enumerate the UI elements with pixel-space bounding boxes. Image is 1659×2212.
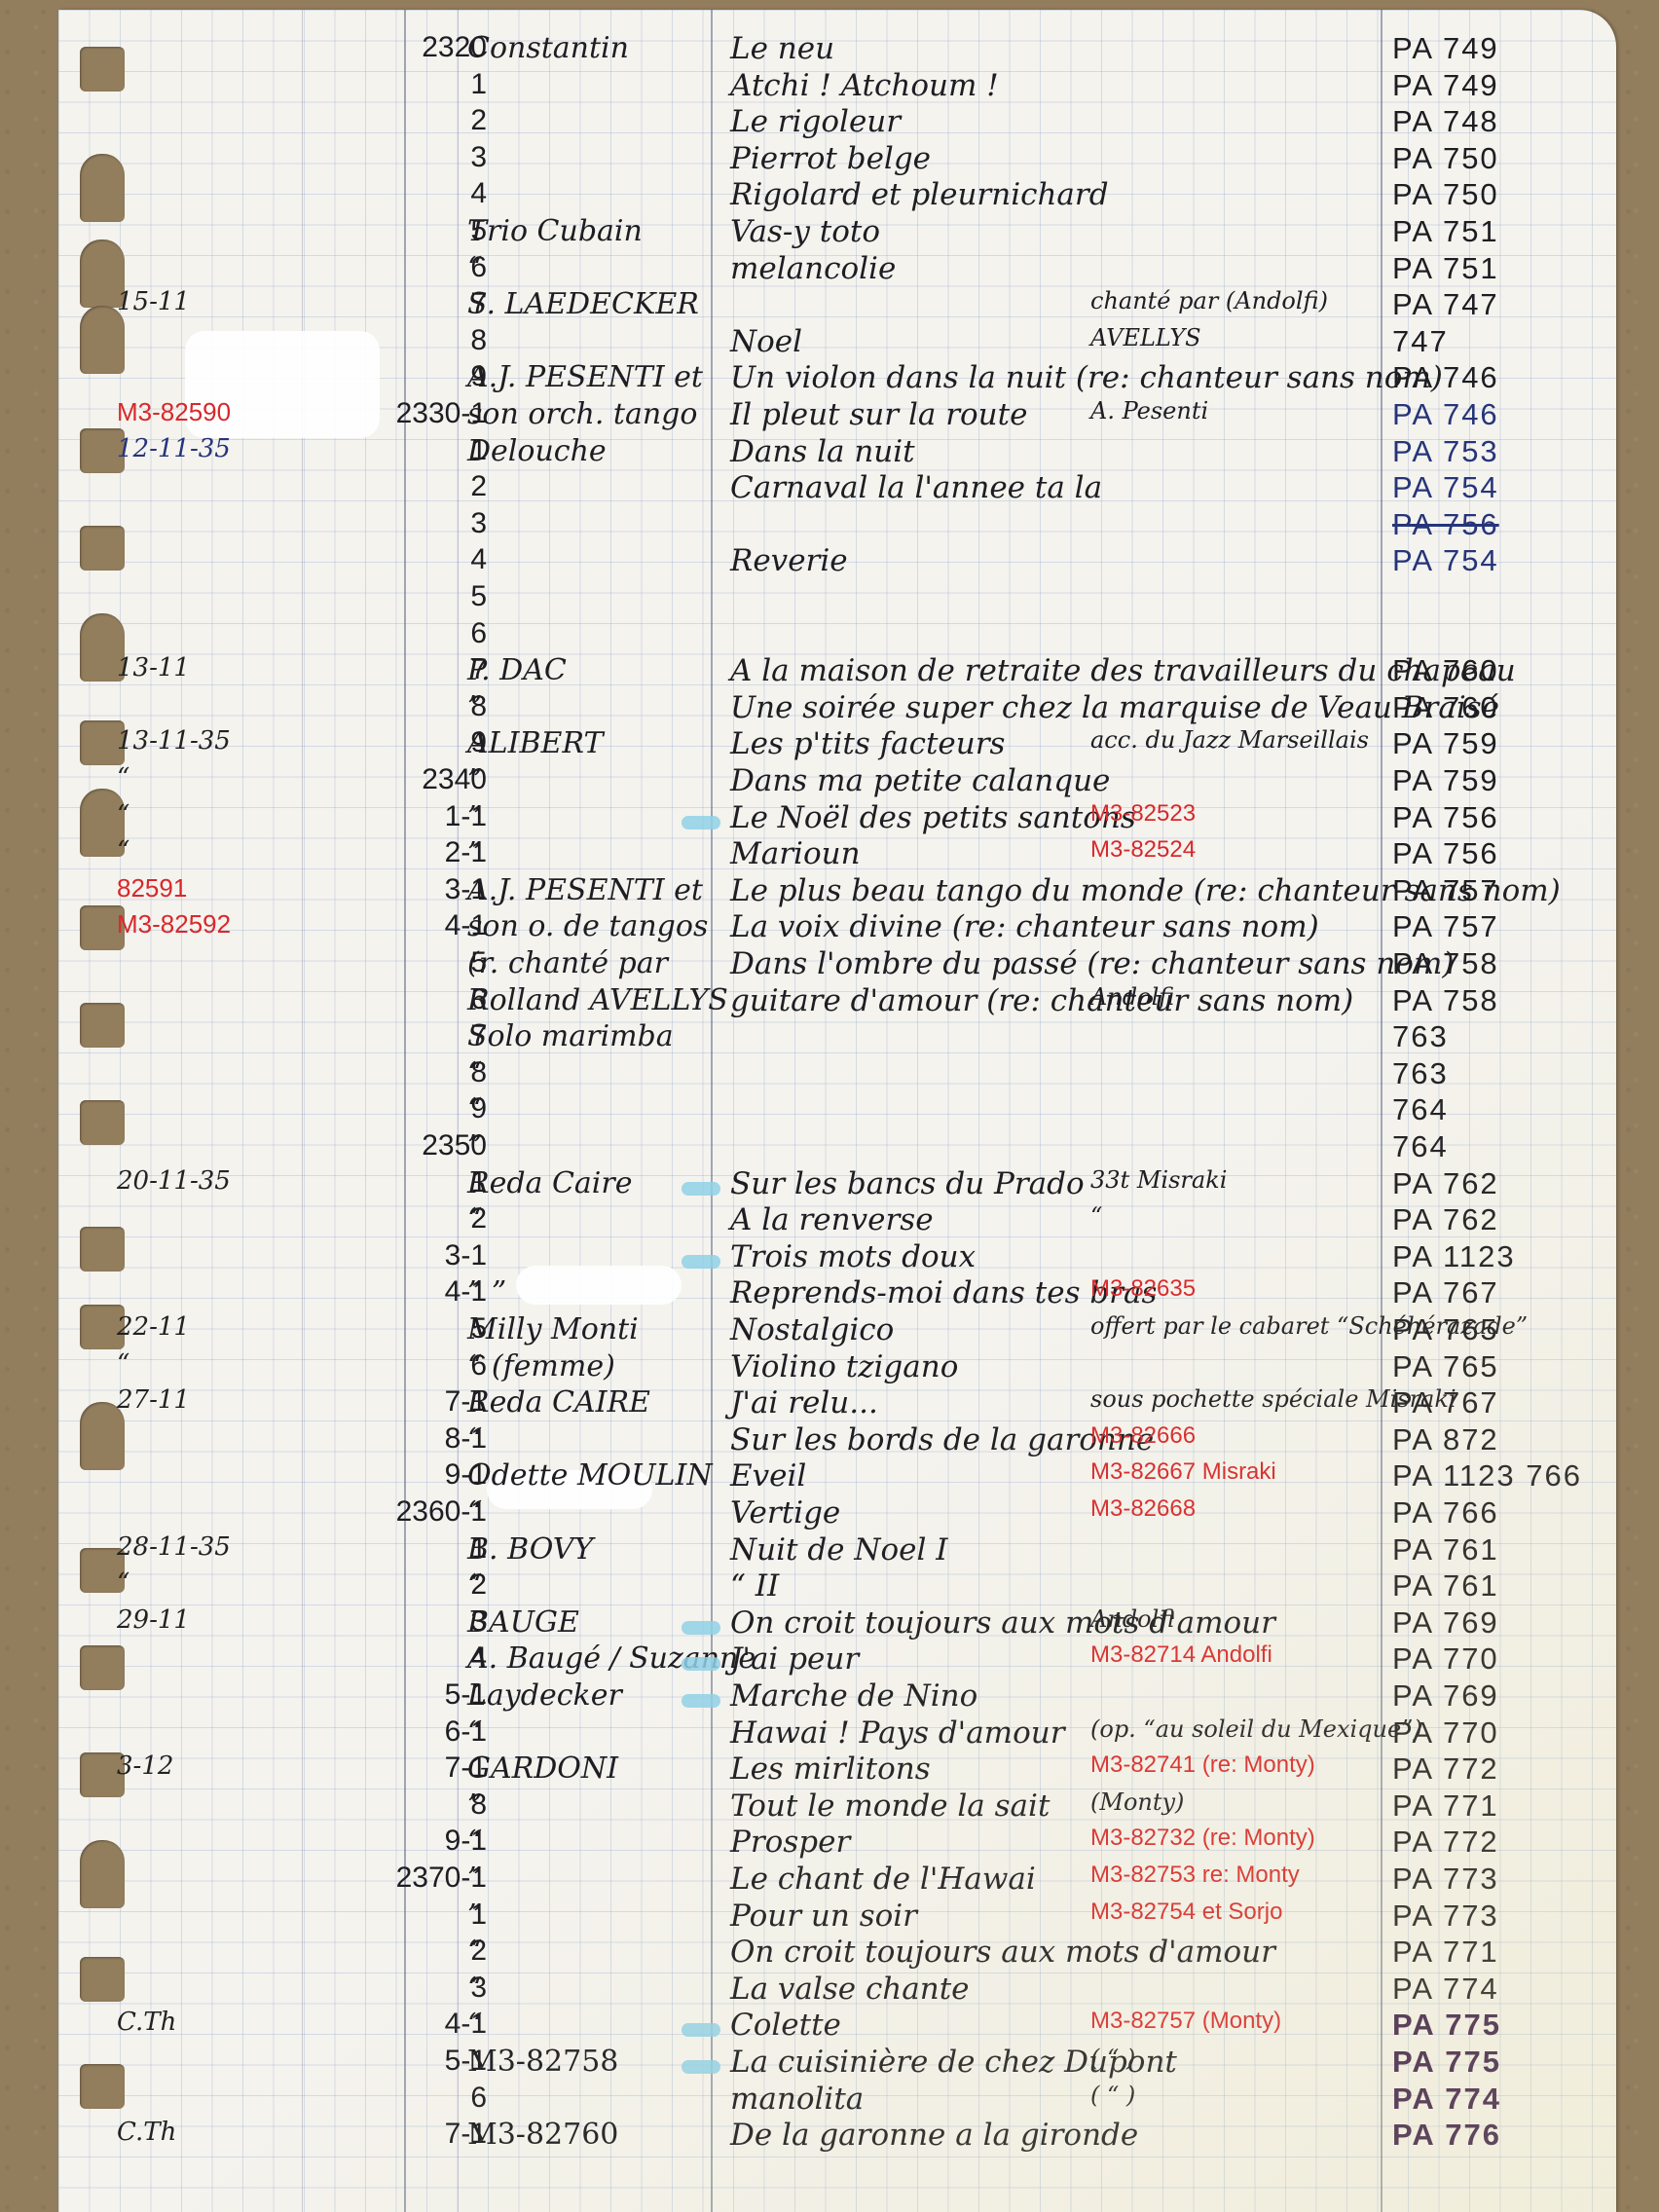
highlighter-mark [682, 1657, 720, 1671]
artist-name: “ [467, 1825, 482, 1859]
entry-date: 20-11-35 [117, 1166, 231, 1196]
entry-date: “ [117, 836, 129, 866]
matrix-number: 1 [253, 1532, 487, 1566]
matrix-number: 9 [253, 726, 487, 759]
matrix-number: 5 [253, 214, 487, 247]
song-title: J'ai peur [730, 1641, 859, 1677]
artist-name: Trio Cubain [467, 214, 643, 248]
matrix-number: 7 [253, 653, 487, 686]
entry-date: 15-11 [117, 287, 190, 316]
entry-note: (op. “au soleil du Mexique”) [1090, 1715, 1422, 1743]
song-title: Marioun [730, 836, 861, 871]
pa-catalogue-number: PA 767 [1392, 1385, 1499, 1420]
pa-catalogue-number: PA 757 [1392, 873, 1499, 908]
matrix-number: 2 [253, 104, 487, 137]
song-title: Vertige [730, 1495, 840, 1530]
entry-note: acc. du Jazz Marseillais [1090, 726, 1369, 754]
entry-note: M3-82714 Andolfi [1090, 1641, 1272, 1669]
matrix-number: 6 [253, 251, 487, 284]
artist-name: M3-82760 [467, 2118, 618, 2152]
matrix-number: 1 [253, 68, 487, 101]
pa-catalogue-number: PA 769 [1392, 1678, 1499, 1714]
pa-catalogue-number: PA 748 [1392, 104, 1499, 139]
matrix-number: 4-1 [253, 909, 487, 942]
entry-date: “ [117, 763, 129, 793]
matrix-number: 5 [253, 580, 487, 613]
pa-catalogue-number: PA 746 [1392, 360, 1499, 395]
entry-date: “ [117, 1349, 129, 1379]
entry-date: 13-11 [117, 653, 190, 682]
highlighter-mark [682, 816, 720, 829]
entry-date: 29-11 [117, 1605, 190, 1635]
artist-name: ” [467, 690, 482, 724]
pa-catalogue-number: 763 [1392, 1056, 1449, 1091]
entry-note: M3-82668 [1090, 1495, 1196, 1523]
matrix-number: 2360-1 [253, 1495, 487, 1529]
entry-date: “ [117, 800, 129, 829]
pa-catalogue-number: PA 756 [1392, 836, 1499, 871]
entry-date: C.Th [117, 2118, 176, 2147]
matrix-number: 7 [253, 287, 487, 320]
highlighter-mark [682, 1694, 720, 1708]
artist-name: GARDONI [467, 1751, 618, 1786]
matrix-number: 1 [253, 1166, 487, 1199]
pa-catalogue-number: PA 754 [1392, 543, 1499, 578]
artist-name: “ [467, 1202, 482, 1236]
matrix-number: 4-1 [253, 2008, 487, 2041]
entry-note: M3-82523 [1090, 800, 1196, 828]
song-title: manolita [730, 2082, 864, 2117]
song-title: Nostalgico [730, 1312, 894, 1347]
matrix-number: 2370-1 [253, 1862, 487, 1895]
pa-catalogue-number: PA 754 [1392, 470, 1499, 505]
pa-catalogue-number: PA 760 [1392, 653, 1499, 688]
artist-name: “ [467, 1568, 482, 1603]
matrix-number: 2350 [253, 1129, 487, 1162]
matrix-number: 8 [253, 324, 487, 357]
matrix-number: 2340 [253, 763, 487, 796]
entry-note: M3-82754 et Sorjo [1090, 1899, 1282, 1926]
artist-name: “ (femme) [467, 1349, 615, 1383]
song-title: Vas-y toto [730, 214, 880, 249]
entry-note: M3-82753 re: Monty [1090, 1862, 1300, 1889]
artist-name: B. BOVY [467, 1532, 593, 1567]
song-title: Prosper [730, 1825, 850, 1860]
matrix-number: 9-1 [253, 1458, 487, 1492]
artist-name: ” [467, 836, 482, 870]
pa-catalogue-number: PA 758 [1392, 946, 1499, 981]
entry-note: Andolfi [1090, 1605, 1174, 1633]
matrix-number: 3 [253, 141, 487, 174]
song-title: Colette [730, 2008, 841, 2043]
pa-catalogue-number: PA 1123 766 [1392, 1458, 1582, 1493]
pa-catalogue-number: 763 [1392, 1019, 1449, 1054]
pa-catalogue-number: PA 749 [1392, 68, 1499, 103]
artist-name: BAUGE [467, 1605, 579, 1640]
pa-catalogue-number: 764 [1392, 1129, 1449, 1164]
pa-catalogue-number: PA 761 [1392, 1568, 1499, 1604]
artist-name: M3-82758 [467, 2045, 618, 2079]
artist-name: Rolland AVELLYS [467, 983, 728, 1017]
pa-catalogue-number: PA 766 [1392, 1495, 1499, 1530]
matrix-number: 9 [253, 1092, 487, 1125]
matrix-number: 4 [253, 177, 487, 210]
entry-note: Andolfi [1090, 983, 1174, 1011]
song-title: De la garonne a la gironde [730, 2118, 1138, 2153]
song-title: Dans l'ombre du passé (re: chanteur sans… [730, 946, 1454, 981]
matrix-number: 8 [253, 1788, 487, 1822]
song-title: A la renverse [730, 1202, 934, 1237]
pa-catalogue-number: PA 872 [1392, 1422, 1499, 1457]
artist-name: “ [467, 2008, 482, 2042]
entry-note: M3-82666 [1090, 1422, 1196, 1450]
artist-name: “ [467, 1715, 482, 1750]
song-title: Eveil [730, 1458, 806, 1493]
artist-name: A.J. PESENTI et [467, 360, 703, 394]
pa-catalogue-number: PA 774 [1392, 1972, 1499, 2007]
song-title: Dans ma petite calanque [730, 763, 1110, 798]
matrix-number: 2 [253, 470, 487, 503]
matrix-number: 5 [253, 946, 487, 979]
artist-name: ” [467, 763, 482, 797]
pa-catalogue-number: PA 765 [1392, 1312, 1499, 1347]
song-title: Une soirée super chez la marquise de Vea… [730, 690, 1499, 725]
song-title: Un violon dans la nuit (re: chanteur san… [730, 360, 1443, 395]
matrix-number: 3-1 [253, 873, 487, 906]
matrix-number: 4-1 [253, 1275, 487, 1309]
matrix-number: 7-1 [253, 2118, 487, 2151]
song-title: Nuit de Noel I [730, 1532, 948, 1567]
matrix-number: 8 [253, 1056, 487, 1089]
pa-catalogue-number: PA 775 [1392, 2008, 1501, 2043]
highlighter-mark [682, 2023, 720, 2037]
entry-date: 3-12 [117, 1751, 173, 1781]
artist-name: ” [467, 1129, 482, 1163]
matrix-number: 7 [253, 1019, 487, 1052]
song-title: Pour un soir [730, 1899, 917, 1934]
matrix-number: 2320 [253, 31, 487, 64]
highlighter-mark [682, 1182, 720, 1196]
song-title: “ II [730, 1568, 779, 1604]
artist-name: ” [467, 1862, 482, 1896]
pa-catalogue-number: PA 765 [1392, 1349, 1499, 1384]
pa-catalogue-number: PA 751 [1392, 214, 1499, 249]
artist-name: Reda CAIRE [467, 1385, 650, 1419]
entry-note: M3-82635 [1090, 1275, 1196, 1303]
song-title: Sur les bancs du Prado [730, 1166, 1085, 1201]
matrix-number: 7-1 [253, 1751, 487, 1785]
entry-note: (Monty) [1090, 1788, 1184, 1816]
pa-catalogue-number: PA 775 [1392, 2045, 1501, 2080]
artist-name: “ [467, 251, 482, 285]
song-title: Dans la nuit [730, 434, 915, 469]
pa-catalogue-number: PA 773 [1392, 1862, 1499, 1897]
matrix-number: 5-1 [253, 2045, 487, 2078]
song-title: La valse chante [730, 1972, 970, 2007]
pa-catalogue-number: 747 [1392, 324, 1449, 359]
matrix-number: 4 [253, 1641, 487, 1675]
song-title: On croit toujours aux mots d'amour [730, 1935, 1275, 1970]
entry-note: chanté par (Andolfi) [1090, 287, 1328, 314]
artist-name: Odette MOULIN [467, 1458, 713, 1493]
pa-catalogue-number: PA 753 [1392, 434, 1499, 469]
song-title: Le rigoleur [730, 104, 901, 139]
artist-name: Constantin [467, 31, 629, 65]
pa-catalogue-number: PA 1123 [1392, 1239, 1516, 1274]
pa-catalogue-number: PA 776 [1392, 2118, 1501, 2153]
matrix-number: 2-1 [253, 836, 487, 869]
song-title: Pierrot belge [730, 141, 931, 176]
matrix-number: 3 [253, 1605, 487, 1639]
pa-catalogue-number: PA 756 [1392, 800, 1499, 835]
entry-note: ( “ ) [1090, 2082, 1135, 2109]
song-title: Carnaval la l'annee ta la [730, 470, 1102, 505]
song-title: On croit toujours aux mots d'amour [730, 1605, 1275, 1641]
song-title: guitare d'amour (re: chanteur sans nom) [730, 983, 1353, 1018]
song-title: Le chant de l'Hawai [730, 1862, 1036, 1897]
entry-note: M3-82524 [1090, 836, 1196, 864]
artist-name: “ [467, 1056, 482, 1090]
entry-date: M3-82590 [117, 397, 231, 427]
artist-name: (r. chanté par [467, 946, 668, 980]
artist-name: Solo marimba [467, 1019, 674, 1053]
matrix-number: 6 [253, 617, 487, 650]
pa-catalogue-number: PA 769 [1392, 1605, 1499, 1641]
matrix-number: 8-1 [253, 1422, 487, 1456]
pa-catalogue-number: PA 746 [1392, 397, 1499, 432]
highlighter-mark [682, 2060, 720, 2074]
song-title: melancolie [730, 251, 896, 286]
matrix-number: 2330-1 [253, 397, 487, 430]
entry-note: M3-82741 (re: Monty) [1090, 1751, 1315, 1779]
matrix-number: 6 [253, 2082, 487, 2115]
entry-date: 22-11 [117, 1312, 190, 1342]
artist-name: S. LAEDECKER [467, 287, 699, 321]
matrix-number: 3 [253, 1972, 487, 2005]
song-title: Les p'tits facteurs [730, 726, 1005, 761]
artist-name: ” [467, 800, 482, 834]
matrix-number: 5-1 [253, 1678, 487, 1712]
pa-catalogue-number: PA 774 [1392, 2082, 1501, 2117]
song-title: J'ai relu... [730, 1385, 878, 1420]
pa-catalogue-number: PA 749 [1392, 31, 1499, 66]
pa-catalogue-number: PA 750 [1392, 141, 1499, 176]
matrix-number: 6 [253, 1349, 487, 1382]
entry-note: 33t Misraki [1090, 1166, 1227, 1194]
pa-catalogue-number: PA 759 [1392, 763, 1499, 798]
matrix-number: 1-1 [253, 800, 487, 833]
highlighter-mark [682, 1621, 720, 1635]
pa-catalogue-number: PA 760 [1392, 690, 1499, 725]
matrix-number: 9 [253, 360, 487, 393]
pa-catalogue-number: PA 750 [1392, 177, 1499, 212]
matrix-number: 6-1 [253, 1715, 487, 1749]
entry-note: ( “ ) [1090, 2045, 1135, 2072]
song-title: Marche de Nino [730, 1678, 977, 1714]
entry-note: M3-82757 (Monty) [1090, 2008, 1281, 2035]
artist-name: ” ” [467, 1275, 506, 1309]
pa-catalogue-number: PA 759 [1392, 726, 1499, 761]
pa-catalogue-number: PA 770 [1392, 1641, 1499, 1677]
pa-catalogue-number: PA 758 [1392, 983, 1499, 1018]
highlighter-mark [682, 1255, 720, 1269]
artist-name: ” [467, 1788, 482, 1823]
matrix-number: 8 [253, 690, 487, 723]
pa-catalogue-number: PA 756 [1392, 507, 1499, 542]
song-title: Reverie [730, 543, 848, 578]
artist-name: Delouche [467, 434, 607, 468]
pa-catalogue-number: PA 767 [1392, 1275, 1499, 1310]
song-title: Il pleut sur la route [730, 397, 1027, 432]
artist-name: ” [467, 1899, 482, 1933]
song-title: Tout le monde la sait [730, 1788, 1050, 1824]
song-title: La voix divine (re: chanteur sans nom) [730, 909, 1319, 944]
entry-date: “ [117, 1568, 129, 1598]
matrix-number: 2 [253, 1568, 487, 1602]
ledger-row: C.Th7-1M3-82760De la garonne a la girond… [58, 2118, 1616, 2160]
matrix-number: 3 [253, 507, 487, 540]
artist-name: “ [467, 1972, 482, 2006]
entry-note: AVELLYS [1090, 324, 1201, 351]
pa-catalogue-number: PA 747 [1392, 287, 1499, 322]
entry-date: 28-11-35 [117, 1532, 231, 1562]
pa-catalogue-number: PA 772 [1392, 1825, 1499, 1860]
song-title: Atchi ! Atchoum ! [730, 68, 999, 103]
matrix-number: 5 [253, 1312, 487, 1346]
artist-name: Laydecker [467, 1678, 622, 1713]
entry-note: A. Pesenti [1090, 397, 1208, 424]
song-title: Hawai ! Pays d'amour [730, 1715, 1065, 1751]
artist-name: “ [467, 1495, 482, 1530]
matrix-number: 6 [253, 983, 487, 1016]
entry-date: M3-82592 [117, 909, 231, 940]
artist-name: “ [467, 1422, 482, 1456]
entry-date: 27-11 [117, 1385, 190, 1415]
song-title: Violino tzigano [730, 1349, 958, 1384]
pa-catalogue-number: 764 [1392, 1092, 1449, 1127]
matrix-number: 2 [253, 1935, 487, 1968]
matrix-number: 9-1 [253, 1825, 487, 1858]
matrix-number: 1 [253, 434, 487, 467]
pa-catalogue-number: PA 762 [1392, 1202, 1499, 1237]
pa-catalogue-number: PA 771 [1392, 1935, 1499, 1970]
entry-date: C.Th [117, 2008, 176, 2037]
song-title: Le neu [730, 31, 834, 66]
matrix-number: 7-1 [253, 1385, 487, 1419]
song-title: Noel [730, 324, 802, 359]
entry-note: M3-82732 (re: Monty) [1090, 1825, 1315, 1852]
artist-name: “ [467, 1092, 482, 1126]
pa-catalogue-number: PA 762 [1392, 1166, 1499, 1201]
pa-catalogue-number: PA 772 [1392, 1751, 1499, 1787]
pa-catalogue-number: PA 751 [1392, 251, 1499, 286]
entry-date: 13-11-35 [117, 726, 231, 756]
artist-name: ALIBERT [467, 726, 603, 760]
song-title: Les mirlitons [730, 1751, 931, 1787]
pa-catalogue-number: PA 773 [1392, 1899, 1499, 1934]
pa-catalogue-number: PA 770 [1392, 1715, 1499, 1751]
pa-catalogue-number: PA 761 [1392, 1532, 1499, 1567]
notebook-page: 2320ConstantinLe neuPA 7491Atchi ! Atcho… [58, 10, 1616, 2212]
entry-note: “ [1090, 1202, 1102, 1230]
artist-name: son orch. tango [467, 397, 697, 431]
song-title: Le Noël des petits santons [730, 800, 1136, 835]
pa-catalogue-number: PA 771 [1392, 1788, 1499, 1824]
artist-name: Reda Caire [467, 1166, 633, 1200]
artist-name: Milly Monti [467, 1312, 639, 1346]
pa-catalogue-number: PA 757 [1392, 909, 1499, 944]
matrix-number: 2 [253, 1202, 487, 1235]
matrix-number: 3-1 [253, 1239, 487, 1272]
matrix-number: 1 [253, 1899, 487, 1932]
song-title: Rigolard et pleurnichard [730, 177, 1109, 212]
artist-name: son o. de tangos [467, 909, 708, 943]
song-title: Trois mots doux [730, 1239, 976, 1274]
entry-note: M3-82667 Misraki [1090, 1458, 1276, 1486]
artist-name: A.J. PESENTI et [467, 873, 703, 907]
artist-name: “ [467, 1935, 482, 1969]
matrix-number: 4 [253, 543, 487, 576]
artist-name: P. DAC [467, 653, 567, 687]
entry-date: 82591 [117, 873, 187, 903]
entry-date: 12-11-35 [117, 434, 231, 463]
